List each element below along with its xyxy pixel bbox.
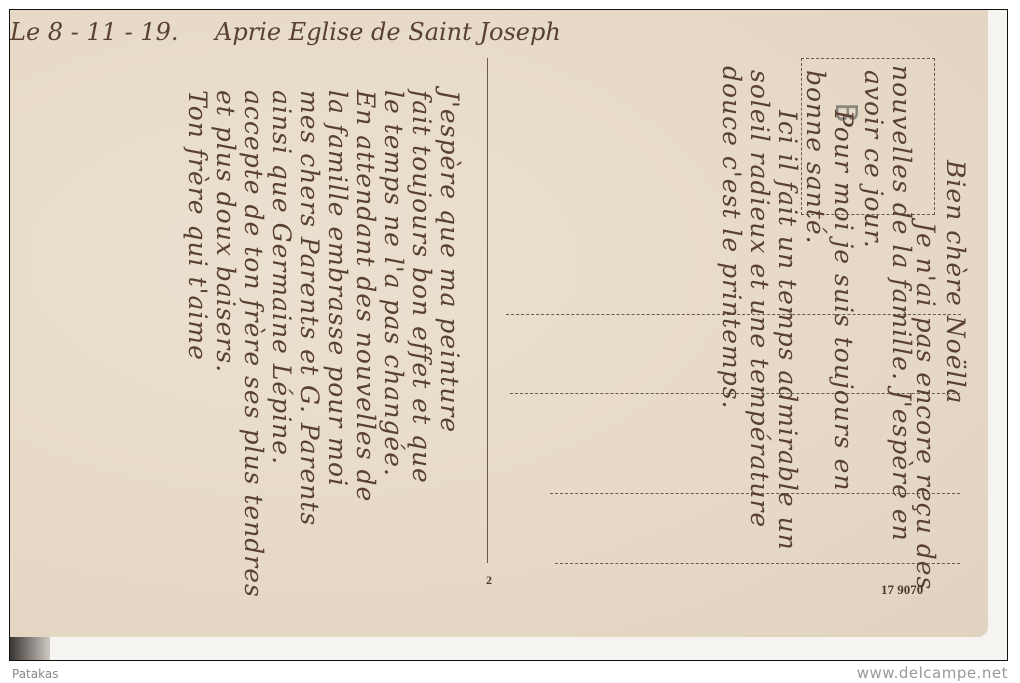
postcard-heading: Aprie Eglise de Saint Joseph	[215, 18, 561, 46]
handwritten-line: En attendant des nouvelles de	[353, 90, 378, 502]
handwritten-line: la famille embrasse pour moi	[325, 90, 350, 487]
handwritten-line: J'espère que ma peinture	[437, 90, 462, 433]
handwritten-line: Ici il fait un temps admirable un	[775, 110, 800, 551]
handwritten-line: bonne santé.	[803, 70, 828, 245]
handwritten-line: ainsi que Germaine Lépine.	[269, 90, 294, 465]
postcard-frame: Le 8 - 11 - 19. Aprie Eglise de Saint Jo…	[9, 9, 1008, 661]
handwritten-line: Bien chère Noëlla	[943, 160, 968, 404]
address-line-4	[555, 563, 960, 564]
printed-reference: 17 9070	[881, 582, 923, 598]
handwritten-line: nouvelles de la famille. J'espère en	[889, 65, 914, 542]
handwritten-line: et plus doux baisers.	[213, 90, 238, 373]
handwritten-line: accepte de ton frère ses plus tendres	[241, 90, 266, 598]
handwritten-line: fait toujours bon effet et que	[409, 90, 434, 484]
seller-name: Patakas	[12, 667, 58, 681]
message-address-divider	[487, 58, 488, 563]
handwritten-line: mes chers Parents et G. Parents	[297, 90, 322, 526]
handwritten-line: Pour moi je suis toujours en	[831, 110, 856, 491]
site-watermark: www.delcampe.net	[857, 664, 1008, 682]
handwritten-line: douce c'est le printemps.	[719, 66, 744, 410]
handwritten-line: Ton frère qui t'aime	[185, 90, 210, 361]
handwritten-line: avoir ce jour.	[861, 70, 886, 249]
postcard-back: Le 8 - 11 - 19. Aprie Eglise de Saint Jo…	[10, 10, 988, 637]
postcard-date: Le 8 - 11 - 19.	[10, 18, 178, 46]
handwritten-line: Je n'ai pas encore reçu des	[913, 222, 938, 590]
handwritten-line: soleil radieux et une température	[747, 70, 772, 528]
scan-shadow	[10, 637, 50, 661]
handwritten-line: le temps ne l'a pas changée.	[381, 90, 406, 477]
page-number: 2	[486, 573, 492, 588]
